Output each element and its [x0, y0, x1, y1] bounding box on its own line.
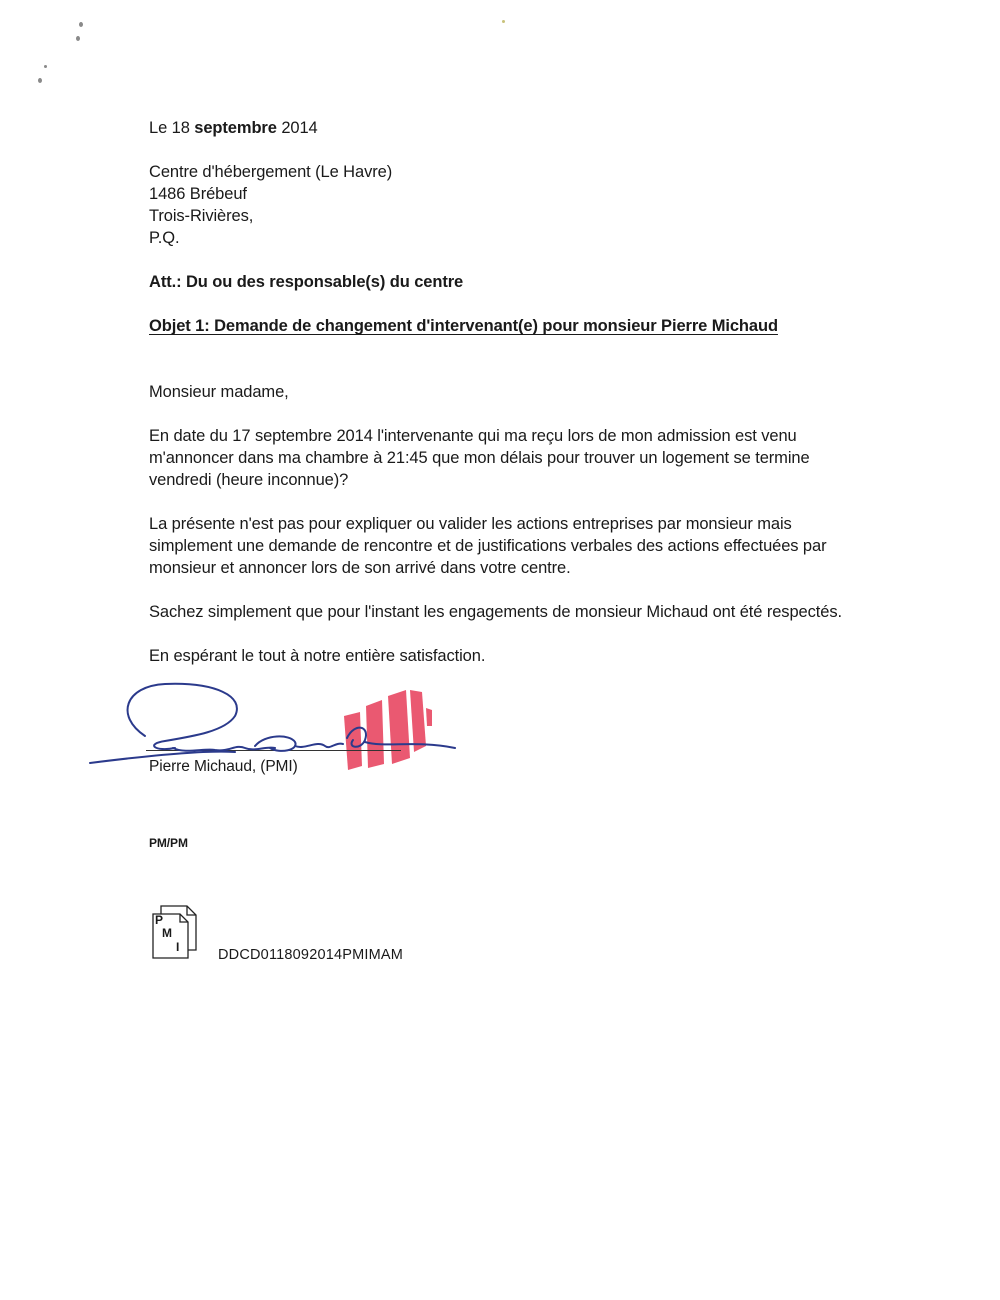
scanned-letter-page: Le 18 septembre 2014 Centre d'hébergemen…: [0, 0, 1000, 1300]
paragraph-line: simplement une demande de rencontre et d…: [149, 535, 827, 557]
recipient-line: 1486 Brébeuf: [149, 183, 247, 205]
attention-line: Att.: Du ou des responsable(s) du centre: [149, 271, 463, 293]
paragraph-line: vendredi (heure inconnue)?: [149, 469, 348, 491]
salutation: Monsieur madame,: [149, 381, 289, 403]
date-day: Le 18: [149, 119, 194, 137]
reference-code: DDCD0118092014PMIMAM: [218, 944, 403, 966]
logo-letter: M: [162, 926, 172, 940]
pmi-document-logo-icon: P M I: [150, 904, 200, 960]
scan-speck: [38, 78, 42, 83]
date-month: septembre: [194, 119, 277, 137]
paragraph-line: En date du 17 septembre 2014 l'intervena…: [149, 425, 797, 447]
initials: PM/PM: [149, 832, 188, 854]
recipient-line: Centre d'hébergement (Le Havre): [149, 161, 392, 183]
paragraph-line: La présente n'est pas pour expliquer ou …: [149, 513, 792, 535]
paragraph-3: Sachez simplement que pour l'instant les…: [149, 601, 842, 623]
closing-line: En espérant le tout à notre entière sati…: [149, 645, 485, 667]
paragraph-line: monsieur et annoncer lors de son arrivé …: [149, 557, 571, 579]
scan-speck: [76, 36, 80, 41]
signature-name: Pierre Michaud, (PMI): [149, 756, 298, 778]
letter-date: Le 18 septembre 2014: [149, 117, 318, 139]
subject-line: Objet 1: Demande de changement d'interve…: [149, 315, 778, 337]
scan-speck: [44, 65, 47, 68]
recipient-line: P.Q.: [149, 227, 179, 249]
logo-letter: I: [176, 940, 179, 954]
scan-speck: [79, 22, 83, 27]
scan-speck: [502, 20, 505, 23]
paragraph-line: m'annoncer dans ma chambre à 21:45 que m…: [149, 447, 810, 469]
recipient-line: Trois-Rivières,: [149, 205, 253, 227]
logo-letter: P: [155, 913, 163, 927]
date-year: 2014: [277, 119, 318, 137]
